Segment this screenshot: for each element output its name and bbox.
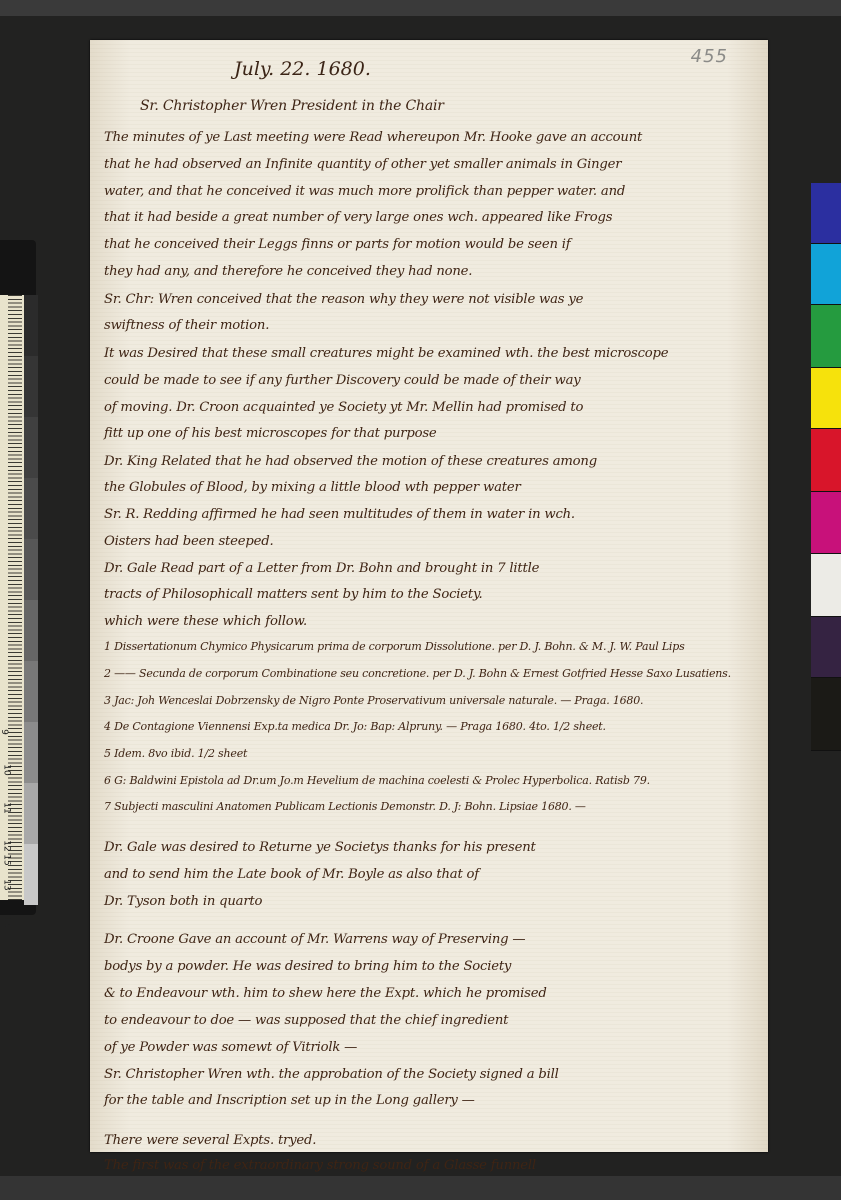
ruler-number: 10 — [2, 764, 12, 775]
grayscale-patch — [24, 844, 38, 905]
manuscript-line: water, and that he conceived it was much… — [104, 184, 625, 199]
manuscript-line: & to Endeavour wth. him to shew here the… — [104, 986, 547, 1001]
manuscript-line: Dr. Gale was desired to Returne ye Socie… — [104, 840, 536, 855]
tract-list-item: 4 De Contagione Viennensi Exp.ta medica … — [104, 720, 606, 733]
grayscale-patch — [24, 417, 38, 478]
grayscale-patch — [24, 600, 38, 661]
manuscript-line: There were several Expts. tryed. — [104, 1133, 316, 1148]
manuscript-line: The first was of the extraordinary stron… — [104, 1158, 536, 1173]
manuscript-line: of ye Powder was somewt of Vitriolk — — [104, 1040, 357, 1055]
color-patch-cyan — [811, 244, 841, 305]
ruler-number: 15 — [2, 854, 12, 865]
manuscript-line: Sr. R. Redding affirmed he had seen mult… — [104, 507, 575, 522]
grayscale-patch — [24, 661, 38, 722]
manuscript-line: could be made to see if any further Disc… — [104, 373, 581, 388]
grayscale-strip — [24, 295, 38, 905]
chair-heading: Sr. Christopher Wren President in the Ch… — [140, 98, 444, 114]
manuscript-page: 455 July. 22. 1680. Sr. Christopher Wren… — [90, 40, 768, 1152]
tract-list-item: 7 Subjecti masculini Anatomen Publicam L… — [104, 800, 586, 813]
tract-list-item: 3 Jac: Joh Wenceslai Dobrzensky de Nigro… — [104, 694, 643, 707]
tract-list-item: 1 Dissertationum Chymico Physicarum prim… — [104, 640, 685, 653]
manuscript-line: of moving. Dr. Croon acquainted ye Socie… — [104, 400, 583, 415]
color-patch-white — [811, 554, 841, 617]
manuscript-line: that he conceived their Leggs finns or p… — [104, 237, 571, 252]
ruler-number: 12 — [2, 840, 12, 851]
ruler-number: 14 — [2, 916, 12, 927]
ruler-number: 11 — [2, 802, 12, 813]
color-patch-blue — [811, 183, 841, 244]
manuscript-line: to endeavour to doe — was supposed that … — [104, 1013, 508, 1028]
grayscale-patch — [24, 722, 38, 783]
color-calibration-chart — [811, 183, 841, 743]
grayscale-patch — [24, 478, 38, 539]
manuscript-line: swiftness of their motion. — [104, 318, 269, 333]
manuscript-line: Sr. Christopher Wren wth. the approbatio… — [104, 1067, 559, 1082]
grayscale-patch — [24, 356, 38, 417]
manuscript-line: and to send him the Late book of Mr. Boy… — [104, 867, 479, 882]
folio-number: 455 — [691, 46, 728, 67]
measurement-ruler: 9 10 11 12 13 14 15 — [0, 295, 25, 900]
manuscript-line: that it had beside a great number of ver… — [104, 210, 612, 225]
tract-list-item: 2 —— Secunda de corporum Combinatione se… — [104, 667, 731, 680]
manuscript-line: It was Desired that these small creature… — [104, 346, 668, 361]
manuscript-line: the Globules of Blood, by mixing a littl… — [104, 480, 521, 495]
manuscript-line: The minutes of ye Last meeting were Read… — [104, 130, 642, 145]
manuscript-line: Dr. Gale Read part of a Letter from Dr. … — [104, 561, 539, 576]
bottom-band — [0, 1176, 841, 1200]
color-patch-red — [811, 429, 841, 492]
ruler-number: 13 — [2, 879, 12, 890]
color-patch-purple — [811, 617, 841, 678]
grayscale-patch — [24, 783, 38, 844]
manuscript-line: Sr. Chr: Wren conceived that the reason … — [104, 292, 583, 307]
manuscript-line: that he had observed an Infinite quantit… — [104, 157, 621, 172]
entry-date: July. 22. 1680. — [234, 58, 371, 80]
manuscript-line: tracts of Philosophicall matters sent by… — [104, 587, 482, 602]
manuscript-line: for the table and Inscription set up in … — [104, 1093, 475, 1108]
color-patch-green — [811, 305, 841, 368]
manuscript-line: Dr. King Related that he had observed th… — [104, 454, 597, 469]
tract-list-item: 6 G: Baldwini Epistola ad Dr.um Jo.m Hev… — [104, 774, 650, 787]
manuscript-line: Oisters had been steeped. — [104, 534, 273, 549]
manuscript-line: bodys by a powder. He was desired to bri… — [104, 959, 511, 974]
manuscript-line: Dr. Croone Gave an account of Mr. Warren… — [104, 932, 525, 947]
tract-list-item: 5 Idem. 8vo ibid. 1/2 sheet — [104, 747, 247, 760]
color-patch-yellow — [811, 368, 841, 429]
color-patch-black — [811, 678, 841, 751]
manuscript-line: fitt up one of his best microscopes for … — [104, 426, 437, 441]
manuscript-line: which were these which follow. — [104, 614, 307, 629]
grayscale-patch — [24, 539, 38, 600]
manuscript-line: they had any, and therefore he conceived… — [104, 264, 472, 279]
grayscale-patch — [24, 295, 38, 356]
top-band — [0, 0, 841, 16]
ruler-number: 9 — [0, 729, 9, 735]
color-patch-magenta — [811, 492, 841, 554]
manuscript-line: Dr. Tyson both in quarto — [104, 894, 262, 909]
